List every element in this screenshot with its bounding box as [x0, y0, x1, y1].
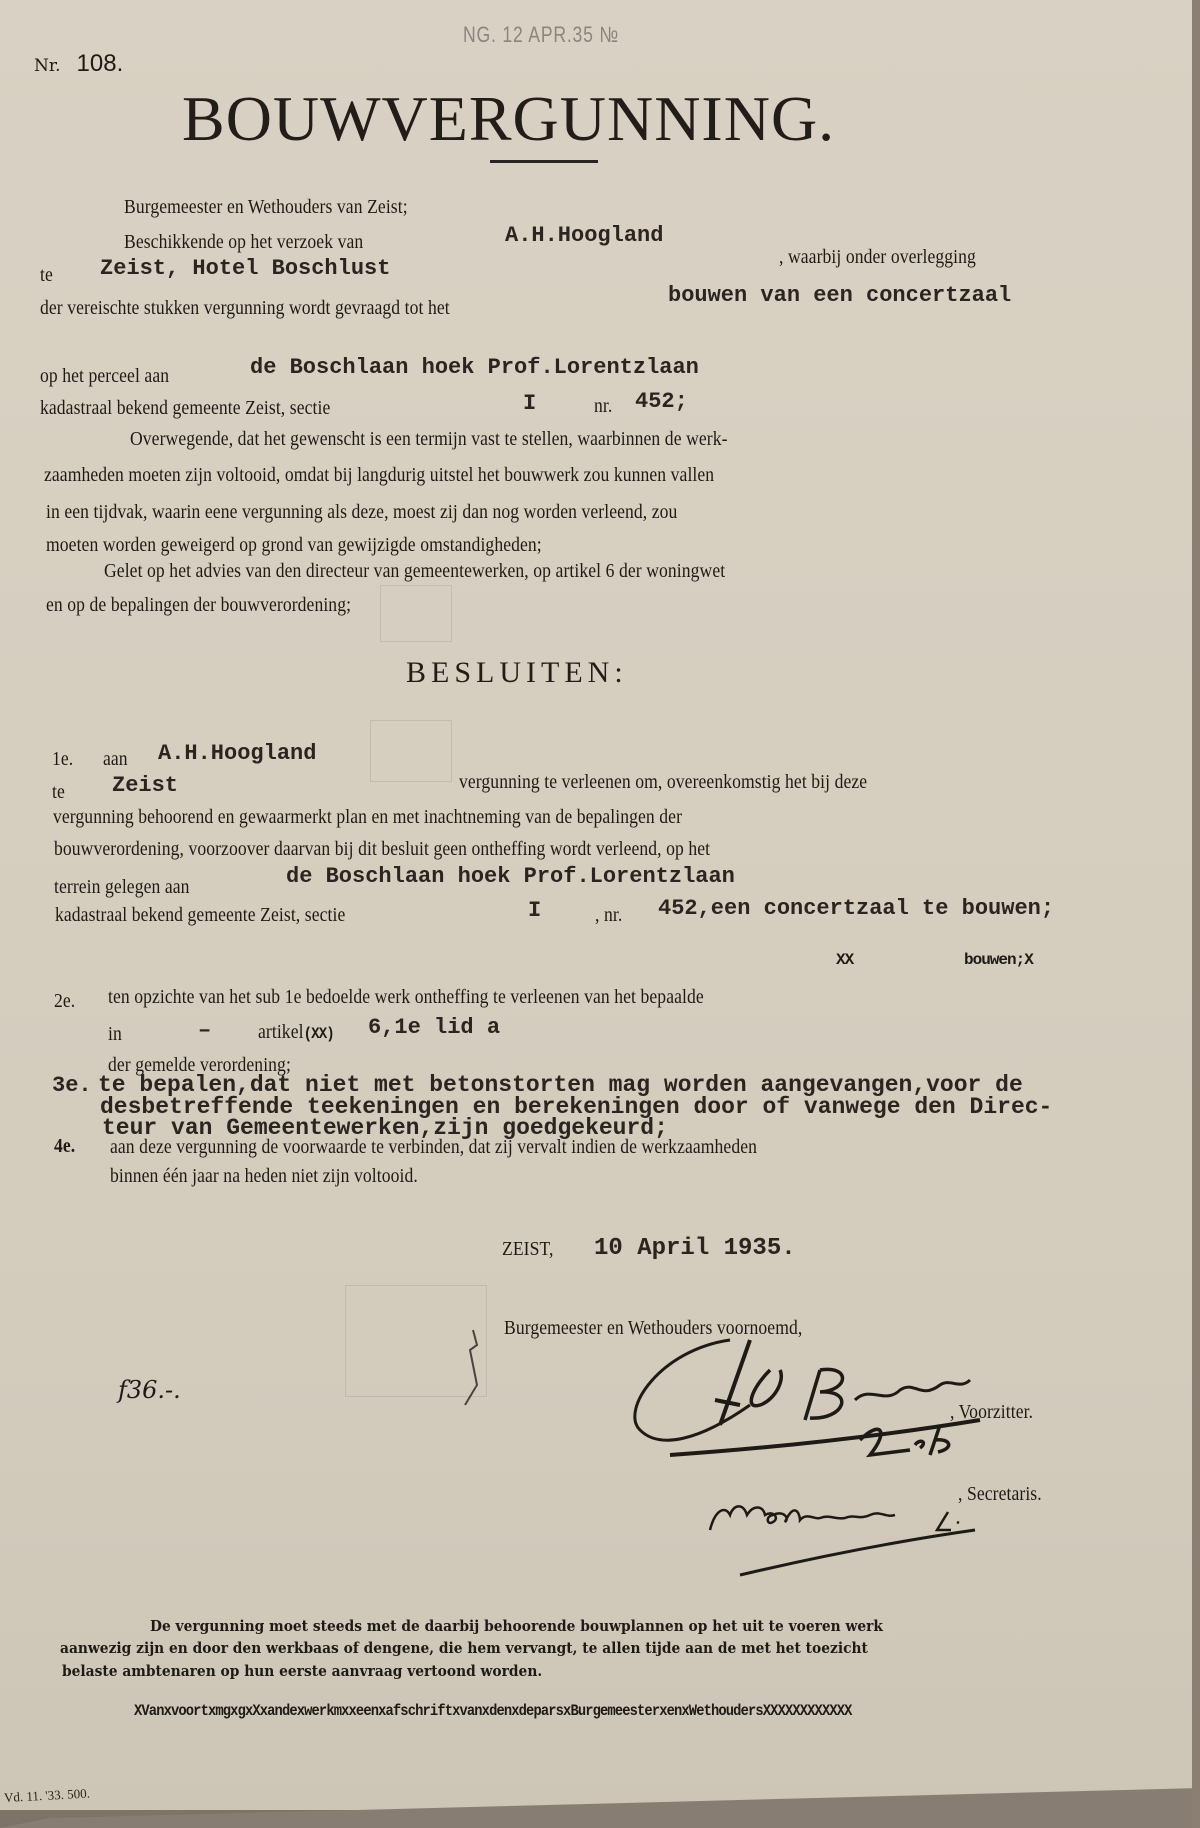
item1-line: bouwverordening, voorzoover daarvan bij …	[54, 838, 710, 861]
secretary-signature	[705, 1490, 1045, 1600]
struck-out-text: bouwen;X	[964, 951, 1033, 969]
footer-note-line: belaste ambtenaren op hun eerste aanvraa…	[62, 1662, 542, 1680]
artikel-text: artikel	[258, 1021, 304, 1043]
artikel-label: artikel(XX)	[258, 1021, 334, 1044]
item1-location: Zeist	[112, 773, 178, 798]
closing-place: ZEIST,	[502, 1238, 554, 1261]
item4-line: binnen één jaar na heden niet zijn volto…	[110, 1165, 418, 1188]
preamble-line: Burgemeester en Wethouders van Zeist;	[124, 196, 408, 219]
item1-address: de Boschlaan hoek Prof.Lorentzlaan	[286, 864, 735, 889]
item1-nr-label: , nr.	[595, 904, 622, 927]
dash: –	[198, 1018, 211, 1043]
watermark-mark	[370, 720, 452, 782]
print-code: Vd. 11. '33. 500.	[4, 1786, 91, 1806]
pencil-mark	[455, 1325, 495, 1415]
applicant-name: A.H.Hoogland	[505, 223, 663, 248]
item2-line: ten opzichte van het sub 1e bedoelde wer…	[108, 986, 704, 1009]
permit-purpose: bouwen van een concertzaal	[668, 283, 1011, 308]
number-value: 108.	[77, 50, 124, 77]
struck-out-text: XX	[836, 951, 853, 969]
preamble-line: der vereischte stukken vergunning wordt …	[40, 297, 450, 320]
preamble-line: op het perceel aan	[40, 365, 169, 388]
consideration-line: zaamheden moeten zijn voltooid, omdat bi…	[44, 464, 714, 487]
consideration-line: in een tijdvak, waarin eene vergunning a…	[46, 501, 677, 524]
footer-note-line: De vergunning moet steeds met de daarbij…	[150, 1617, 883, 1635]
item1-section: I	[528, 898, 541, 923]
item1-nr-purpose: 452,een concertzaal te bouwen;	[658, 896, 1054, 921]
item1-line: vergunning te verleenen om, overeenkomst…	[459, 771, 867, 794]
in-label: in	[108, 1023, 122, 1046]
footer-note-line: aanwezig zijn en door den werkbaas of de…	[60, 1639, 868, 1657]
title-underline	[490, 160, 598, 163]
item-label: 3e.	[52, 1073, 92, 1098]
paper-edge	[1192, 0, 1200, 1828]
consideration-line: moeten worden geweigerd op grond van gew…	[46, 534, 542, 557]
struck-out-line: XVanxvoortxmgxgxXxandexwerkmxxeenxafschr…	[134, 1702, 852, 1720]
item4-line: aan deze vergunning de voorwaarde te ver…	[110, 1136, 757, 1159]
nr-label: nr.	[594, 395, 612, 418]
received-stamp: NG. 12 APR.35 №	[463, 22, 619, 48]
te-label: te	[52, 781, 65, 804]
item-label: 1e.	[52, 748, 73, 771]
document-page: Nr. 108. NG. 12 APR.35 № BOUWVERGUNNING.…	[0, 0, 1192, 1810]
cadastral-section: I	[523, 391, 536, 416]
artikel-value: 6,1e lid a	[368, 1015, 500, 1040]
page-title: BOUWVERGUNNING.	[182, 82, 835, 156]
preamble-line: Beschikkende op het verzoek van	[124, 231, 363, 254]
te-label: te	[40, 264, 53, 287]
closing-date: 10 April 1935.	[594, 1235, 796, 1262]
item1-line: terrein gelegen aan	[54, 876, 190, 899]
decision-heading: BESLUITEN:	[406, 656, 628, 690]
applicant-location: Zeist, Hotel Boschlust	[100, 256, 390, 281]
preamble-line: kadastraal bekend gemeente Zeist, sectie	[40, 397, 330, 420]
consideration-line: en op de bepalingen der bouwverordening;	[46, 594, 351, 617]
fee: f36.-.	[118, 1376, 181, 1404]
consideration-line: Overwegende, dat het gewenscht is een te…	[130, 428, 728, 451]
item-label: 4e.	[54, 1135, 75, 1158]
item1-line: kadastraal bekend gemeente Zeist, sectie	[55, 904, 345, 927]
preamble-line: , waarbij onder overlegging	[779, 246, 976, 269]
watermark-mark	[380, 585, 452, 642]
item1-applicant: A.H.Hoogland	[158, 741, 316, 766]
struck-out-text: (XX)	[304, 1025, 334, 1043]
number-label: Nr.	[34, 56, 61, 76]
item1-line: vergunning behoorend en gewaarmerkt plan…	[53, 806, 682, 829]
parcel-number: 452;	[635, 389, 688, 414]
document-number: Nr. 108.	[34, 50, 123, 78]
aan-label: aan	[103, 748, 128, 771]
consideration-line: Gelet op het advies van den directeur va…	[104, 560, 725, 583]
item-label: 2e.	[54, 990, 75, 1013]
parcel-address: de Boschlaan hoek Prof.Lorentzlaan	[250, 355, 699, 380]
